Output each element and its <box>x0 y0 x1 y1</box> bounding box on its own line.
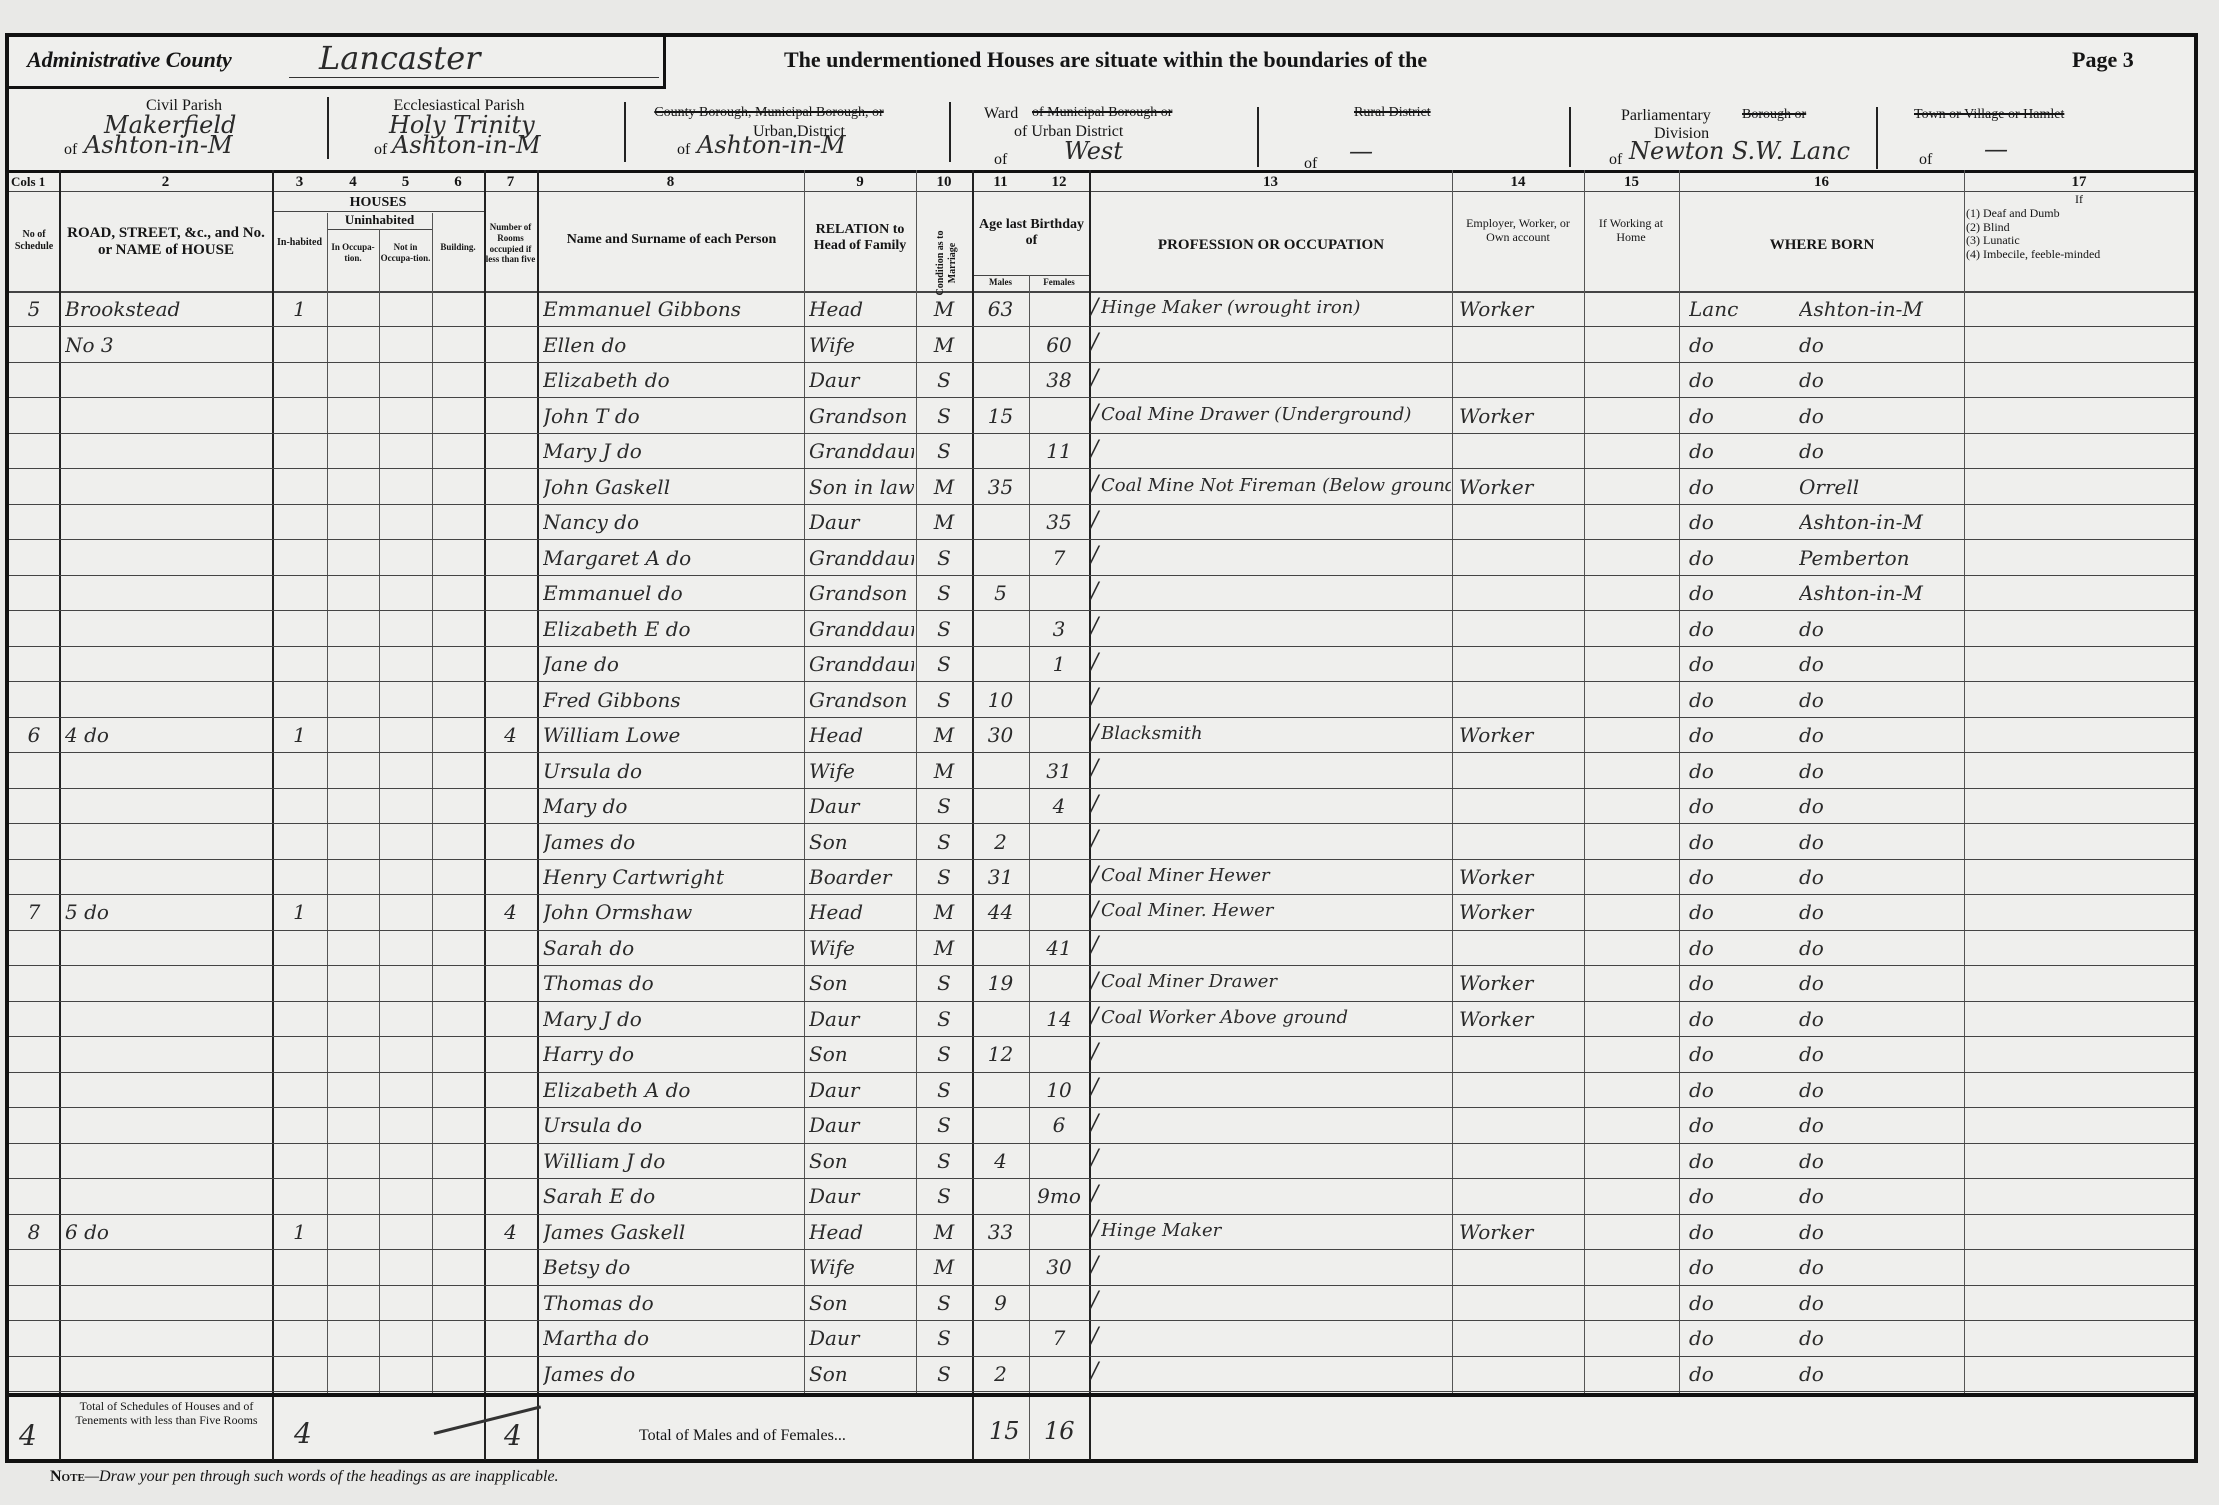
col-number: 3 <box>272 174 327 191</box>
town-of: of <box>1919 151 1932 169</box>
table-row: Thomas doSonS19Coal Miner DrawerWorkerdo… <box>9 967 2194 1002</box>
divider <box>327 97 329 159</box>
cell-name: Ursula do <box>543 1113 803 1141</box>
cell-rooms <box>484 865 537 893</box>
cell-male-age <box>972 617 1029 645</box>
cell-female-age: 14 <box>1029 1007 1089 1035</box>
cell-rooms <box>484 1184 537 1212</box>
cell-rooms <box>484 652 537 680</box>
cell-schedule <box>11 1184 57 1212</box>
cell-relation: Son <box>809 1149 914 1177</box>
cell-schedule <box>11 617 57 645</box>
cell-employment: Worker <box>1459 404 1584 432</box>
cell-rooms <box>484 759 537 787</box>
cell-born-place: do <box>1799 1078 1964 1106</box>
cell-road <box>65 1078 270 1106</box>
cell-male-age <box>972 439 1029 467</box>
rural-district-of-value: — <box>1349 137 1373 165</box>
row-rule <box>9 859 2194 860</box>
cell-male-age: 63 <box>972 297 1029 325</box>
cell-inhabited <box>272 1362 327 1390</box>
cell-male-age: 44 <box>972 900 1029 928</box>
cell-condition: S <box>916 368 972 396</box>
cell-condition: S <box>916 1007 972 1035</box>
cell-road <box>65 936 270 964</box>
table-row: Elizabeth A doDaurS10dodo/ <box>9 1074 2194 1109</box>
cell-occupation <box>1101 1362 1451 1390</box>
cell-condition: M <box>916 1255 972 1283</box>
cell-employment <box>1459 546 1584 574</box>
cell-inhabited: 1 <box>272 1220 327 1248</box>
cell-name: William Lowe <box>543 723 803 751</box>
cell-female-age <box>1029 1291 1089 1319</box>
cell-condition: S <box>916 971 972 999</box>
cell-employment: Worker <box>1459 900 1584 928</box>
col-number: 11 <box>972 174 1029 191</box>
col-number: 13 <box>1089 174 1452 191</box>
cell-schedule <box>11 1007 57 1035</box>
cell-born-county: do <box>1689 368 1789 396</box>
cell-road <box>65 1255 270 1283</box>
cell-female-age: 41 <box>1029 936 1089 964</box>
cell-road <box>65 1184 270 1212</box>
cell-schedule: 8 <box>11 1220 57 1248</box>
cell-inhabited <box>272 581 327 609</box>
cell-female-age <box>1029 1362 1089 1390</box>
cell-name: William J do <box>543 1149 803 1177</box>
cell-born-place: do <box>1799 1007 1964 1035</box>
cell-road <box>65 865 270 893</box>
cell-employment <box>1459 688 1584 716</box>
cell-rooms <box>484 404 537 432</box>
check-mark-icon: / <box>1091 863 1098 888</box>
cell-born-county: do <box>1689 581 1789 609</box>
cell-inhabited <box>272 368 327 396</box>
infirmity-3: (3) Lunatic <box>1966 234 2192 248</box>
cell-inhabited <box>272 1113 327 1141</box>
cell-rooms <box>484 1078 537 1106</box>
cell-occupation <box>1101 936 1451 964</box>
header-inhabited: In-habited <box>272 237 327 249</box>
divider <box>1876 107 1878 169</box>
cell-born-county: do <box>1689 1326 1789 1354</box>
cell-road <box>65 581 270 609</box>
cell-born-place: do <box>1799 617 1964 645</box>
table-row: 86 do14James GaskellHeadM33Hinge MakerWo… <box>9 1216 2194 1251</box>
col-number: 6 <box>432 174 484 191</box>
cell-road <box>65 1007 270 1035</box>
total-schedules-count: 4 <box>19 1419 37 1452</box>
cell-relation: Son <box>809 1042 914 1070</box>
cell-male-age: 5 <box>972 581 1029 609</box>
cell-inhabited <box>272 971 327 999</box>
cell-employment <box>1459 652 1584 680</box>
cell-schedule <box>11 759 57 787</box>
cell-name: Ellen do <box>543 333 803 361</box>
cell-born-county: do <box>1689 1042 1789 1070</box>
divider <box>1257 107 1259 167</box>
cell-male-age <box>972 510 1029 538</box>
cell-female-age: 3 <box>1029 617 1089 645</box>
cell-rooms: 4 <box>484 900 537 928</box>
check-mark-icon: / <box>1091 579 1098 604</box>
header-where-born: WHERE BORN <box>1681 237 1963 254</box>
cell-male-age: 33 <box>972 1220 1029 1248</box>
cell-employment <box>1459 1184 1584 1212</box>
row-rule <box>9 1320 2194 1321</box>
cell-born-county: do <box>1689 333 1789 361</box>
civil-parish-of-value: Ashton-in-M <box>84 131 233 159</box>
ward-of: of <box>994 151 1007 169</box>
cell-born-place: do <box>1799 1362 1964 1390</box>
table-row: Henry CartwrightBoarderS31Coal Miner Hew… <box>9 861 2194 896</box>
cell-condition: S <box>916 1149 972 1177</box>
cell-male-age: 10 <box>972 688 1029 716</box>
check-mark-icon: / <box>1091 1004 1098 1029</box>
cell-occupation <box>1101 1184 1451 1212</box>
cell-inhabited <box>272 794 327 822</box>
cell-occupation <box>1101 830 1451 858</box>
cell-relation: Son in law <box>809 475 914 503</box>
table-row: 75 do14John OrmshawHeadM44Coal Miner. He… <box>9 896 2194 931</box>
cell-relation: Head <box>809 297 914 325</box>
check-mark-icon: / <box>1091 1075 1098 1100</box>
cell-name: Martha do <box>543 1326 803 1354</box>
check-mark-icon: / <box>1091 1359 1098 1384</box>
cell-condition: M <box>916 1220 972 1248</box>
cell-name: Mary do <box>543 794 803 822</box>
cell-road <box>65 1042 270 1070</box>
table-row: Ursula doWifeM31dodo/ <box>9 754 2194 789</box>
cell-schedule <box>11 1113 57 1141</box>
header-females: Females <box>1029 277 1089 288</box>
cell-road: 6 do <box>65 1220 270 1248</box>
cell-female-age <box>1029 865 1089 893</box>
col-number: 4 <box>327 174 379 191</box>
cell-born-county: do <box>1689 617 1789 645</box>
cell-relation: Daur <box>809 1113 914 1141</box>
cell-name: James do <box>543 1362 803 1390</box>
cell-road <box>65 546 270 574</box>
cell-schedule <box>11 1149 57 1177</box>
cell-male-age: 30 <box>972 723 1029 751</box>
cell-inhabited <box>272 759 327 787</box>
table-row: James doSonS2dodo/ <box>9 1358 2194 1393</box>
cell-condition: S <box>916 1113 972 1141</box>
cell-female-age <box>1029 688 1089 716</box>
cell-male-age <box>972 1326 1029 1354</box>
cell-female-age: 6 <box>1029 1113 1089 1141</box>
cell-occupation: Coal Mine Not Fireman (Below ground) <box>1101 475 1451 503</box>
row-rule <box>9 717 2194 718</box>
cell-road: Brookstead <box>65 297 270 325</box>
col-number: 15 <box>1584 174 1679 191</box>
cell-rooms <box>484 333 537 361</box>
cell-male-age: 19 <box>972 971 1029 999</box>
cell-rooms <box>484 830 537 858</box>
cell-road <box>65 794 270 822</box>
table-row: Margaret A doGranddaurS7doPemberton/ <box>9 541 2194 576</box>
cell-relation: Son <box>809 971 914 999</box>
ward-label: Ward <box>984 105 1018 123</box>
rule <box>972 275 1089 276</box>
row-rule <box>9 930 2194 931</box>
cell-born-place: do <box>1799 865 1964 893</box>
cell-employment <box>1459 1078 1584 1106</box>
cell-born-place: do <box>1799 759 1964 787</box>
cell-rooms <box>484 936 537 964</box>
cell-female-age <box>1029 900 1089 928</box>
cell-born-place: do <box>1799 688 1964 716</box>
col-number: 2 <box>59 174 272 191</box>
cell-born-place: do <box>1799 723 1964 751</box>
cell-rooms: 4 <box>484 1220 537 1248</box>
check-mark-icon: / <box>1091 1217 1098 1242</box>
cell-schedule <box>11 1042 57 1070</box>
cell-schedule <box>11 510 57 538</box>
cell-road <box>65 688 270 716</box>
cell-employment <box>1459 439 1584 467</box>
cell-schedule <box>11 581 57 609</box>
cell-name: Thomas do <box>543 1291 803 1319</box>
cell-born-place: do <box>1799 652 1964 680</box>
cell-male-age <box>972 936 1029 964</box>
cell-born-place: Orrell <box>1799 475 1964 503</box>
cell-employment <box>1459 830 1584 858</box>
cell-condition: S <box>916 1362 972 1390</box>
table-row: Sarah doWifeM41dodo/ <box>9 932 2194 967</box>
cell-rooms <box>484 1042 537 1070</box>
cell-road <box>65 510 270 538</box>
cell-relation: Wife <box>809 936 914 964</box>
cell-relation: Wife <box>809 333 914 361</box>
admin-county-label: Administrative County <box>27 47 232 73</box>
cell-male-age: 2 <box>972 1362 1029 1390</box>
cell-road: 5 do <box>65 900 270 928</box>
cell-name: Nancy do <box>543 510 803 538</box>
cell-inhabited <box>272 510 327 538</box>
division-of-value: Newton S.W. Lanc <box>1629 137 1850 165</box>
infirmity-1: (1) Deaf and Dumb <box>1966 207 2192 221</box>
cell-born-county: do <box>1689 475 1789 503</box>
cell-schedule <box>11 936 57 964</box>
table-row: Mary J doGranddaurS11dodo/ <box>9 435 2194 470</box>
cell-born-place: Ashton-in-M <box>1799 581 1964 609</box>
infirmity-if: If <box>1966 193 2192 207</box>
cell-employment <box>1459 581 1584 609</box>
cell-relation: Head <box>809 1220 914 1248</box>
cell-name: James Gaskell <box>543 1220 803 1248</box>
cell-employment <box>1459 759 1584 787</box>
ward-label-struck: of Municipal Borough or <box>1032 105 1172 121</box>
cell-road <box>65 1291 270 1319</box>
col-number: 9 <box>804 174 916 191</box>
header-name: Name and Surname of each Person <box>544 232 799 248</box>
cell-condition: S <box>916 1042 972 1070</box>
cell-inhabited <box>272 936 327 964</box>
cell-born-county: do <box>1689 865 1789 893</box>
header-road: ROAD, STREET, &c., and No. or NAME of HO… <box>61 225 271 260</box>
cell-schedule <box>11 1291 57 1319</box>
cell-condition: S <box>916 581 972 609</box>
col-number: 7 <box>484 174 537 191</box>
row-rule <box>9 1285 2194 1286</box>
cell-condition: M <box>916 900 972 928</box>
boundaries-heading: The undermentioned Houses are situate wi… <box>784 47 1427 73</box>
check-mark-icon: / <box>1091 792 1098 817</box>
row-rule <box>9 823 2194 824</box>
row-rule <box>9 575 2194 576</box>
table-row: John T doGrandsonS15Coal Mine Drawer (Un… <box>9 399 2194 434</box>
cell-relation: Daur <box>809 1007 914 1035</box>
row-rule <box>9 362 2194 363</box>
cell-born-place: Ashton-in-M <box>1799 510 1964 538</box>
cell-born-place: do <box>1799 1291 1964 1319</box>
cell-relation: Boarder <box>809 865 914 893</box>
header-uninhabited: Uninhabited <box>327 213 432 228</box>
cell-occupation <box>1101 546 1451 574</box>
urban-district-of-value: Ashton-in-M <box>697 131 846 159</box>
cell-inhabited <box>272 617 327 645</box>
cell-name: John Gaskell <box>543 475 803 503</box>
cell-rooms <box>484 475 537 503</box>
check-mark-icon: / <box>1091 295 1098 320</box>
col-number: 14 <box>1452 174 1584 191</box>
cell-name: Mary J do <box>543 439 803 467</box>
table-row: Nancy doDaurM35doAshton-in-M/ <box>9 506 2194 541</box>
cell-born-county: Lanc <box>1689 297 1789 325</box>
cell-occupation: Coal Miner Drawer <box>1101 971 1451 999</box>
cell-relation: Granddaur <box>809 652 914 680</box>
cell-relation: Grandson <box>809 688 914 716</box>
cell-rooms <box>484 1362 537 1390</box>
row-rule <box>9 539 2194 540</box>
table-row: Elizabeth doDaurS38dodo/ <box>9 364 2194 399</box>
cell-inhabited <box>272 1291 327 1319</box>
cell-female-age: 30 <box>1029 1255 1089 1283</box>
cell-condition: M <box>916 475 972 503</box>
cell-name: Betsy do <box>543 1255 803 1283</box>
cell-born-place: do <box>1799 900 1964 928</box>
cell-occupation <box>1101 688 1451 716</box>
cell-inhabited <box>272 1184 327 1212</box>
cell-born-county: do <box>1689 936 1789 964</box>
cell-male-age: 15 <box>972 404 1029 432</box>
cell-male-age: 2 <box>972 830 1029 858</box>
cell-born-place: do <box>1799 1255 1964 1283</box>
cell-employment <box>1459 333 1584 361</box>
cell-male-age <box>972 1113 1029 1141</box>
cell-relation: Daur <box>809 794 914 822</box>
check-mark-icon: / <box>1091 969 1098 994</box>
cell-rooms <box>484 510 537 538</box>
cell-inhabited <box>272 688 327 716</box>
header-at-home: If Working at Home <box>1586 217 1676 245</box>
col-number: 5 <box>379 174 432 191</box>
cell-employment: Worker <box>1459 297 1584 325</box>
cell-name: Ursula do <box>543 759 803 787</box>
cell-occupation <box>1101 1078 1451 1106</box>
cell-condition: S <box>916 546 972 574</box>
ecclesiastical-parish-of-value: Ashton-in-M <box>392 131 541 159</box>
check-mark-icon: / <box>1091 543 1098 568</box>
col-number: 17 <box>1964 174 2194 191</box>
header-schedule: No of Schedule <box>9 229 59 253</box>
cell-female-age: 11 <box>1029 439 1089 467</box>
table-row: Sarah E doDaurS9mododo/ <box>9 1180 2194 1215</box>
cell-born-county: do <box>1689 510 1789 538</box>
cell-male-age <box>972 759 1029 787</box>
header-relation: RELATION to Head of Family <box>806 222 914 254</box>
town-of-value: — <box>1984 135 2008 163</box>
cell-female-age: 60 <box>1029 333 1089 361</box>
rule <box>9 191 2194 192</box>
cell-inhabited <box>272 1255 327 1283</box>
cell-condition: S <box>916 617 972 645</box>
header-not-in-occupation: Not in Occupa-tion. <box>379 242 432 264</box>
county-borough-label-struck: County Borough, Municipal Borough, or <box>639 105 899 121</box>
check-mark-icon: / <box>1091 330 1098 355</box>
cell-born-place: do <box>1799 368 1964 396</box>
cell-born-county: do <box>1689 830 1789 858</box>
table-row: Martha doDaurS7dodo/ <box>9 1322 2194 1357</box>
cell-road <box>65 1149 270 1177</box>
cell-schedule <box>11 333 57 361</box>
cell-rooms <box>484 1007 537 1035</box>
cell-occupation: Blacksmith <box>1101 723 1451 751</box>
cell-rooms <box>484 688 537 716</box>
cell-born-county: do <box>1689 1007 1789 1035</box>
cell-name: Margaret A do <box>543 546 803 574</box>
cell-schedule: 6 <box>11 723 57 751</box>
table-row: Fred GibbonsGrandsonS10dodo/ <box>9 683 2194 718</box>
check-mark-icon: / <box>1091 721 1098 746</box>
cell-schedule <box>11 1362 57 1390</box>
cell-occupation: Coal Miner Hewer <box>1101 865 1451 893</box>
row-rule <box>9 1001 2194 1002</box>
cell-relation: Wife <box>809 759 914 787</box>
cell-born-place: do <box>1799 936 1964 964</box>
cell-female-age: 7 <box>1029 1326 1089 1354</box>
cell-rooms <box>484 794 537 822</box>
cell-inhabited <box>272 1007 327 1035</box>
cell-name: John Ormshaw <box>543 900 803 928</box>
cell-relation: Son <box>809 1291 914 1319</box>
row-rule <box>9 1249 2194 1250</box>
infirmity-4: (4) Imbecile, feeble-minded <box>1966 248 2192 262</box>
cell-occupation <box>1101 368 1451 396</box>
cell-female-age: 10 <box>1029 1078 1089 1106</box>
row-rule <box>9 433 2194 434</box>
cell-relation: Granddaur <box>809 617 914 645</box>
cell-female-age: 31 <box>1029 759 1089 787</box>
cell-employment: Worker <box>1459 1007 1584 1035</box>
header-occupation: PROFESSION OR OCCUPATION <box>1091 237 1451 254</box>
cell-female-age <box>1029 723 1089 751</box>
cell-inhabited <box>272 1326 327 1354</box>
census-sheet: Administrative County Lancaster The unde… <box>5 33 2198 1463</box>
cell-inhabited: 1 <box>272 900 327 928</box>
table-row: James doSonS2dodo/ <box>9 825 2194 860</box>
cell-male-age <box>972 1255 1029 1283</box>
cell-relation: Son <box>809 1362 914 1390</box>
rural-district-label-struck: Rural District <box>1354 105 1431 121</box>
cell-employment <box>1459 936 1584 964</box>
cell-name: John T do <box>543 404 803 432</box>
cell-employment: Worker <box>1459 971 1584 999</box>
cell-male-age: 4 <box>972 1149 1029 1177</box>
row-rule <box>9 1391 2194 1392</box>
